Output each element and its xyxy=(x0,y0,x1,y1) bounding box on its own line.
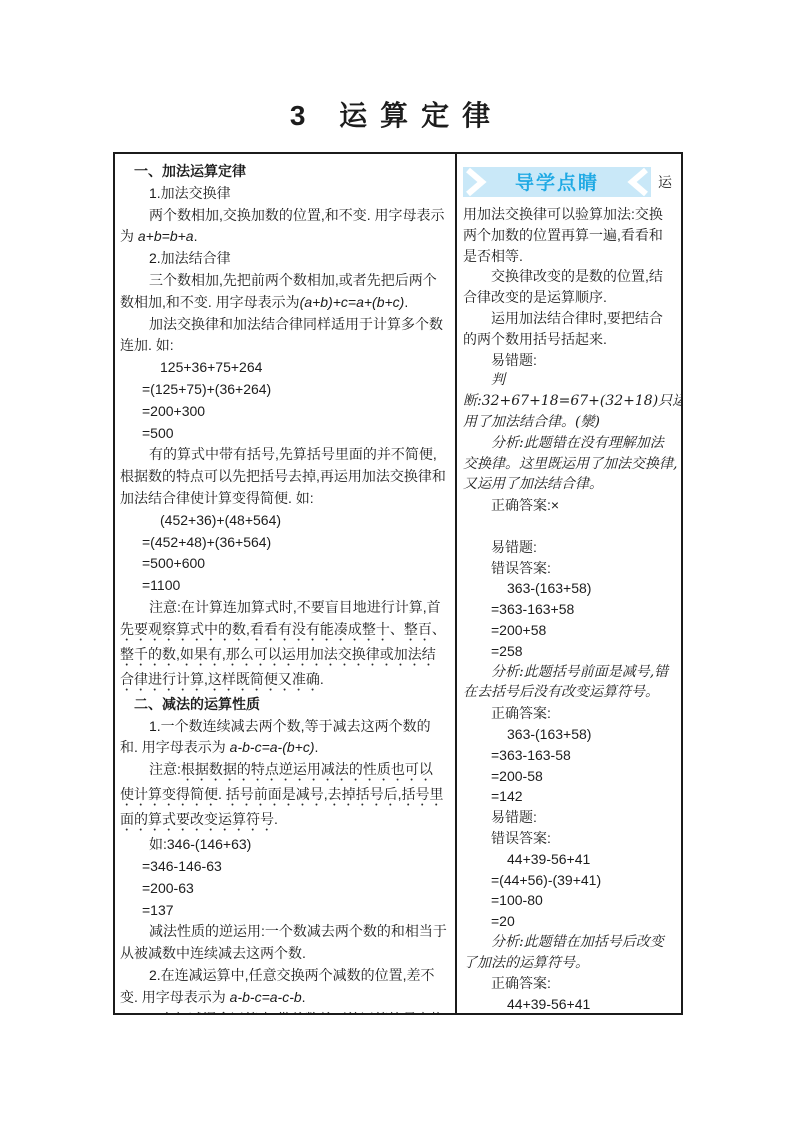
text-span: . xyxy=(194,228,198,244)
formula-line: 为 a+b=b+a. xyxy=(120,226,450,248)
text-line: 运用加法结合律时,要把结合 xyxy=(463,308,678,329)
emphasized-text: 合律进行计算,这样既简便又准确 xyxy=(120,671,320,687)
text-span: 变. 用字母表示为 xyxy=(120,989,230,1005)
note-line: 注意:在计算连加算式时,不要盲目地进行计算,首 xyxy=(120,597,450,619)
text-line: 运 xyxy=(658,172,672,192)
text-line: 1.一个数连续减去两个数,等于减去这两个数的 xyxy=(120,716,450,738)
section-heading: 二、减法的运算性质 xyxy=(120,694,450,716)
emphasized-text: 整千的数,如果有,那么可以运用加法交换律或加法结 xyxy=(120,646,436,662)
worksheet-table: 一、加法运算定律 1.加法交换律 两个数相加,交换加数的位置,和不变. 用字母表… xyxy=(113,152,683,1015)
label-line: 错误答案: xyxy=(463,558,678,579)
text-line: 1.加法交换律 xyxy=(120,183,450,205)
equation-line: =500+600 xyxy=(120,553,450,575)
equation-line: =346-146-63 xyxy=(120,856,450,878)
equation-line: 363-(163+58) xyxy=(463,724,678,745)
label-line: 易错题: xyxy=(463,807,678,828)
section-heading: 一、加法运算定律 xyxy=(120,161,450,183)
label-line: 易错题: xyxy=(463,537,678,558)
analysis-line: 分析:此题括号前面是减号,错 xyxy=(463,662,678,683)
formula: a-b-c=a-c-b xyxy=(230,989,302,1005)
analysis-line: 分析:此题错在加括号后改变 xyxy=(463,932,678,953)
label-line: 易错题: xyxy=(463,350,678,371)
text-span: 和. 用字母表示为 xyxy=(120,739,230,755)
spacer-line xyxy=(463,516,678,537)
equation-line: =(452+48)+(36+564) xyxy=(120,532,450,554)
text-line: 交换律改变的是数的位置,结 xyxy=(463,266,678,287)
text-line: 2.在连减运算中,任意交换两个减数的位置,差不 xyxy=(120,965,450,987)
equation-line: 44+39-56+41 xyxy=(463,994,678,1013)
equation-line: 如:346-(146+63) xyxy=(120,834,450,856)
page-title: 3 运算定律 xyxy=(0,94,793,134)
note-line: 合律进行计算,这样既简便又准确. xyxy=(120,669,450,694)
emphasized-text: 根据数据的特点逆运用减法的性质也可以 xyxy=(181,761,433,777)
analysis-line: 又运用了加法结合律。 xyxy=(463,474,678,495)
emphasized-text: 先要观察算式中的数,看看有没有能凑成整十、整百、 xyxy=(120,621,446,637)
equation-line: 125+36+75+264 xyxy=(120,357,450,379)
formula: a-b-c=a-(b+c) xyxy=(230,739,315,755)
equation-line: =500 xyxy=(120,423,450,445)
text-line: 两个数相加,交换加数的位置,和不变. 用字母表示 xyxy=(120,205,450,227)
text-line: 是否相等. xyxy=(463,246,678,267)
formula: (a+b)+c=a+(b+c) xyxy=(300,294,405,310)
text-line: 有的算式中带有括号,先算括号里面的并不简便, xyxy=(120,444,450,466)
note-line: 注意:根据数据的特点逆运用减法的性质也可以 xyxy=(120,759,450,784)
analysis-line: 交换律。这里既运用了加法交换律, xyxy=(463,454,678,475)
guide-banner-ribbon: 导学点睛 xyxy=(463,167,651,197)
text-span: 为 xyxy=(120,228,138,244)
text-span: . xyxy=(404,294,408,310)
answer-line: 正确答案: xyxy=(463,703,678,724)
equation-line: (452+36)+(48+564) xyxy=(120,510,450,532)
analysis-line: 分析:此题错在没有理解加法 xyxy=(463,433,678,454)
formula-line: 变. 用字母表示为 a-b-c=a-c-b. xyxy=(120,987,450,1009)
text-span: . xyxy=(274,811,278,827)
equation-line: =142 xyxy=(463,786,678,807)
text-line: 从被减数中连续减去这两个数. xyxy=(120,943,450,965)
emphasized-text: 面的算式要改变运算符号 xyxy=(120,811,274,827)
formula: a+b=b+a xyxy=(138,228,194,244)
text-line: 减法性质的逆运用:一个数减去两个数的和相当于 xyxy=(120,921,450,943)
analysis-line: 了加法的运算符号。 xyxy=(463,953,678,974)
question-line: 判 xyxy=(463,370,678,391)
equation-line: =137 xyxy=(120,900,450,922)
equation-line: =363-163-58 xyxy=(463,745,678,766)
equation-line: =258 xyxy=(463,641,678,662)
text-span: 注意: xyxy=(149,761,181,777)
left-column: 一、加法运算定律 1.加法交换律 两个数相加,交换加数的位置,和不变. 用字母表… xyxy=(115,154,457,1013)
emphasized-text: 使计算变得简便. 括号前面是减号,去掉括号后,括号里 xyxy=(120,786,444,802)
text-span: . xyxy=(314,739,318,755)
answer-line: 正确答案:× xyxy=(463,495,678,516)
equation-line: =200+300 xyxy=(120,401,450,423)
equation-line: =200-63 xyxy=(120,878,450,900)
analysis-line: 在去括号后没有改变运算符号。 xyxy=(463,682,678,703)
equation-line: =363-163+58 xyxy=(463,599,678,620)
text-line: 连加. 如: xyxy=(120,335,450,357)
right-column: 导学点睛 运 用加法交换律可以验算加法:交换 两个加数的位置再算一遍,看看和 是… xyxy=(457,154,681,1013)
text-line: 的两个数用括号括起来. xyxy=(463,329,678,350)
formula-line: 和. 用字母表示为 a-b-c=a-(b+c). xyxy=(120,737,450,759)
text-line: 2.加法结合律 xyxy=(120,248,450,270)
equation-line: =(44+56)-(39+41) xyxy=(463,870,678,891)
text-span: . xyxy=(320,671,324,687)
question-line: 断:32+67+18=67+(32+18)只运 xyxy=(463,391,678,412)
equation-line: =1100 xyxy=(120,575,450,597)
guide-banner: 导学点睛 运 xyxy=(463,167,678,197)
equation-line: 363-(163+58) xyxy=(463,578,678,599)
note-line: 使计算变得简便. 括号前面是减号,去掉括号后,括号里 xyxy=(120,784,450,809)
equation-line: =20 xyxy=(463,911,678,932)
equation-line: =200+58 xyxy=(463,620,678,641)
equation-line: =200-58 xyxy=(463,766,678,787)
equation-line: =100-80 xyxy=(463,890,678,911)
text-line: 加法交换律和加法结合律同样适用于计算多个数 xyxy=(120,314,450,336)
text-line: 加法结合律使计算变得简便. 如: xyxy=(120,488,450,510)
label-line: 错误答案: xyxy=(463,828,678,849)
formula-line: 数相加,和不变. 用字母表示为(a+b)+c=a+(b+c). xyxy=(120,292,450,314)
answer-line: 正确答案: xyxy=(463,973,678,994)
equation-line: =(125+75)+(36+264) xyxy=(120,379,450,401)
text-line: 两个加数的位置再算一遍,看看和 xyxy=(463,225,678,246)
text-span: . xyxy=(302,989,306,1005)
text-span: 数相加,和不变. 用字母表示为 xyxy=(120,294,300,310)
text-line: 三个数相加,先把前两个数相加,或者先把后两个 xyxy=(120,270,450,292)
question-line: 用了加法结合律。(灓) xyxy=(463,412,678,433)
text-line: 根据数的特点可以先把括号去掉,再运用加法交换律和 xyxy=(120,466,450,488)
note-line: 整千的数,如果有,那么可以运用加法交换律或加法结 xyxy=(120,644,450,669)
note-line: 面的算式要改变运算符号. xyxy=(120,809,450,834)
banner-title: 导学点睛 xyxy=(515,171,599,194)
note-line: 先要观察算式中的数,看看有没有能凑成整十、整百、 xyxy=(120,619,450,644)
text-line: 用加法交换律可以验算加法:交换 xyxy=(463,204,678,225)
equation-line: 44+39-56+41 xyxy=(463,849,678,870)
text-line: 合律改变的是运算顺序. xyxy=(463,287,678,308)
text-line: 3.在加减混合运算中,带着数前面的运算符号交换 xyxy=(120,1009,450,1014)
